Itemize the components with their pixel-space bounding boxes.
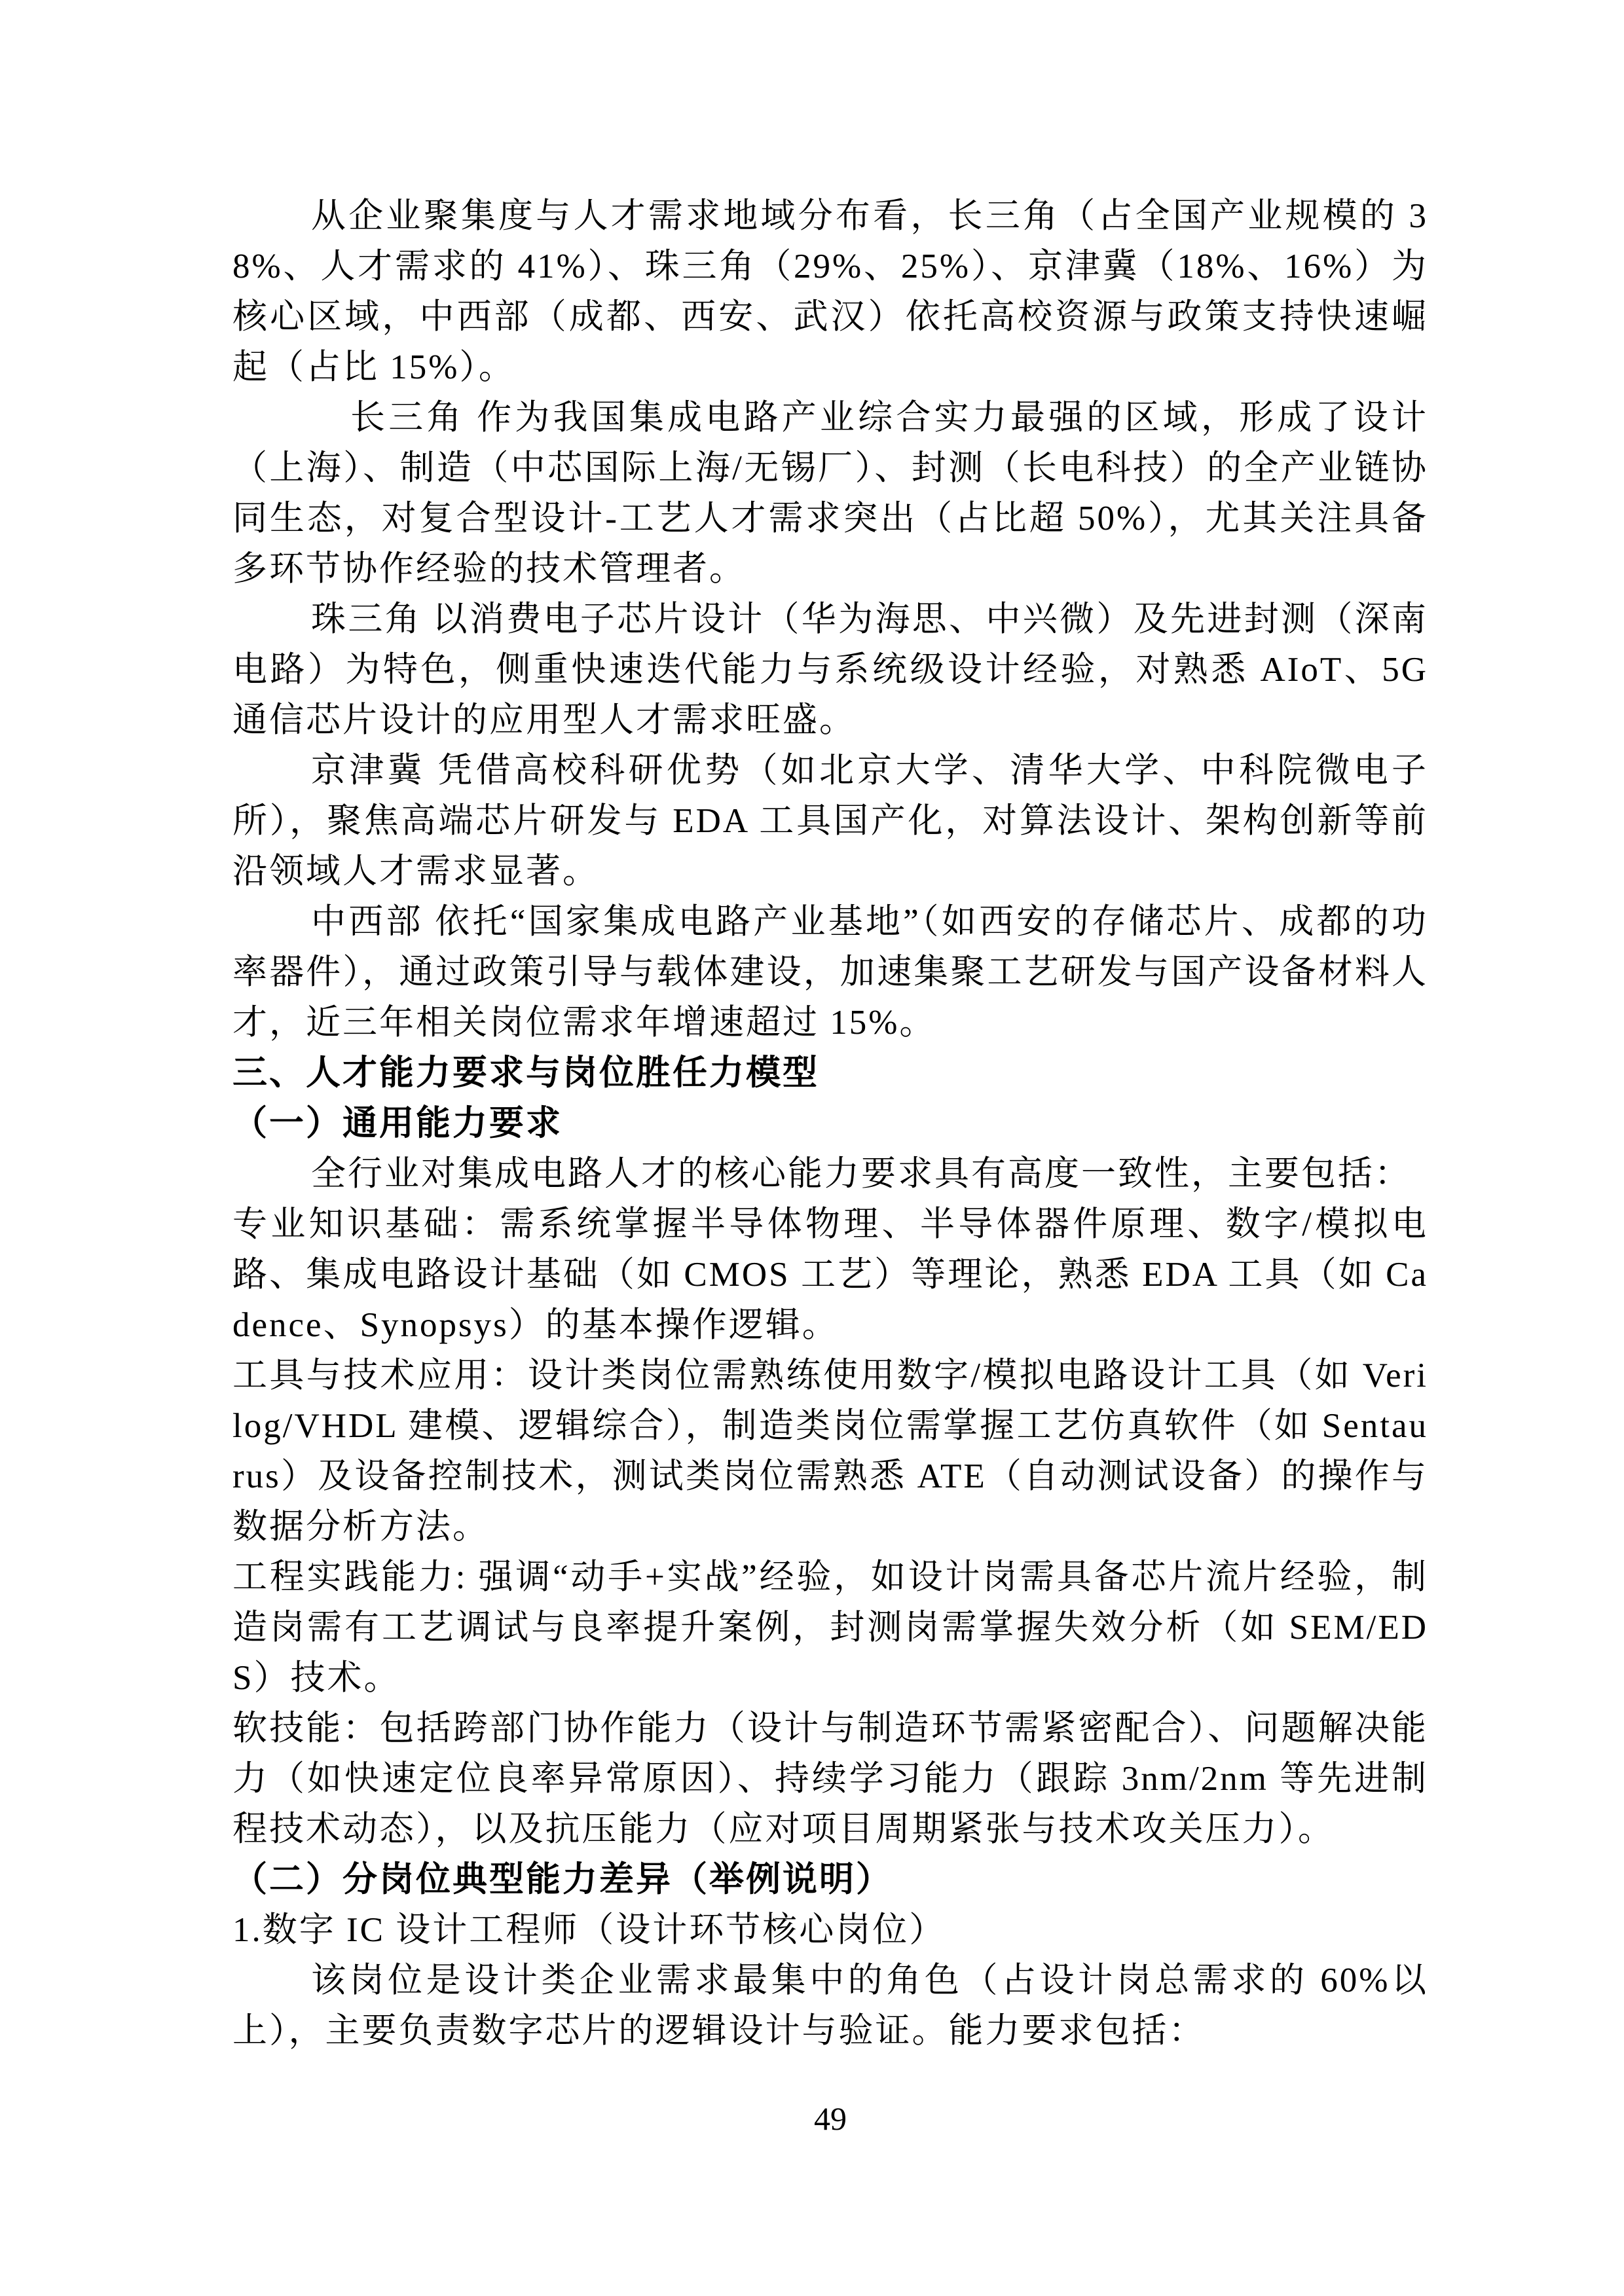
page-number: 49 <box>232 2098 1428 2139</box>
paragraph-digital-ic-engineer: 1.数字 IC 设计工程师（设计环节核心岗位） <box>232 1905 1428 1956</box>
paragraph-central-west: 中西部 依托“国家集成电路产业基地”（如西安的存储芯片、成都的功率器件），通过政… <box>232 897 1428 1048</box>
heading-section-three: 三、人才能力要求与岗位胜任力模型 <box>232 1048 1428 1099</box>
heading-post-ability-difference: （二）分岗位典型能力差异（举例说明） <box>232 1855 1428 1905</box>
paragraph-core-ability-intro: 全行业对集成电路人才的核心能力要求具有高度一致性，主要包括： <box>232 1149 1428 1199</box>
paragraph-engineering-practice: 工程实践能力: 强调“动手+实战”经验，如设计岗需具备芯片流片经验，制造岗需有工… <box>232 1552 1428 1704</box>
paragraph-jingjinji: 京津冀 凭借高校科研优势（如北京大学、清华大学、中科院微电子所），聚焦高端芯片研… <box>232 746 1428 897</box>
heading-general-ability: （一）通用能力要求 <box>232 1099 1428 1149</box>
paragraph-tools-technology: 工具与技术应用：设计类岗位需熟练使用数字/模拟电路设计工具（如 Verilog/… <box>232 1351 1428 1552</box>
paragraph-knowledge-base: 专业知识基础：需系统掌握半导体物理、半导体器件原理、数字/模拟电路、集成电路设计… <box>232 1199 1428 1351</box>
paragraph-soft-skills: 软技能：包括跨部门协作能力（设计与制造环节需紧密配合）、问题解决能力（如快速定位… <box>232 1704 1428 1855</box>
paragraph-region-distribution: 从企业聚集度与人才需求地域分布看，长三角（占全国产业规模的 38%、人才需求的 … <box>232 191 1428 393</box>
paragraph-digital-ic-role: 该岗位是设计类企业需求最集中的角色（占设计岗总需求的 60%以上），主要负责数字… <box>232 1956 1428 2056</box>
document-page: 从企业聚集度与人才需求地域分布看，长三角（占全国产业规模的 38%、人才需求的 … <box>0 0 1624 2296</box>
paragraph-pearl-delta: 珠三角 以消费电子芯片设计（华为海思、中兴微）及先进封测（深南电路）为特色，侧重… <box>232 594 1428 746</box>
paragraph-yangtze-delta: 长三角 作为我国集成电路产业综合实力最强的区域，形成了设计（上海）、制造（中芯国… <box>232 393 1428 594</box>
page-content: 从企业聚集度与人才需求地域分布看，长三角（占全国产业规模的 38%、人才需求的 … <box>232 191 1428 2056</box>
